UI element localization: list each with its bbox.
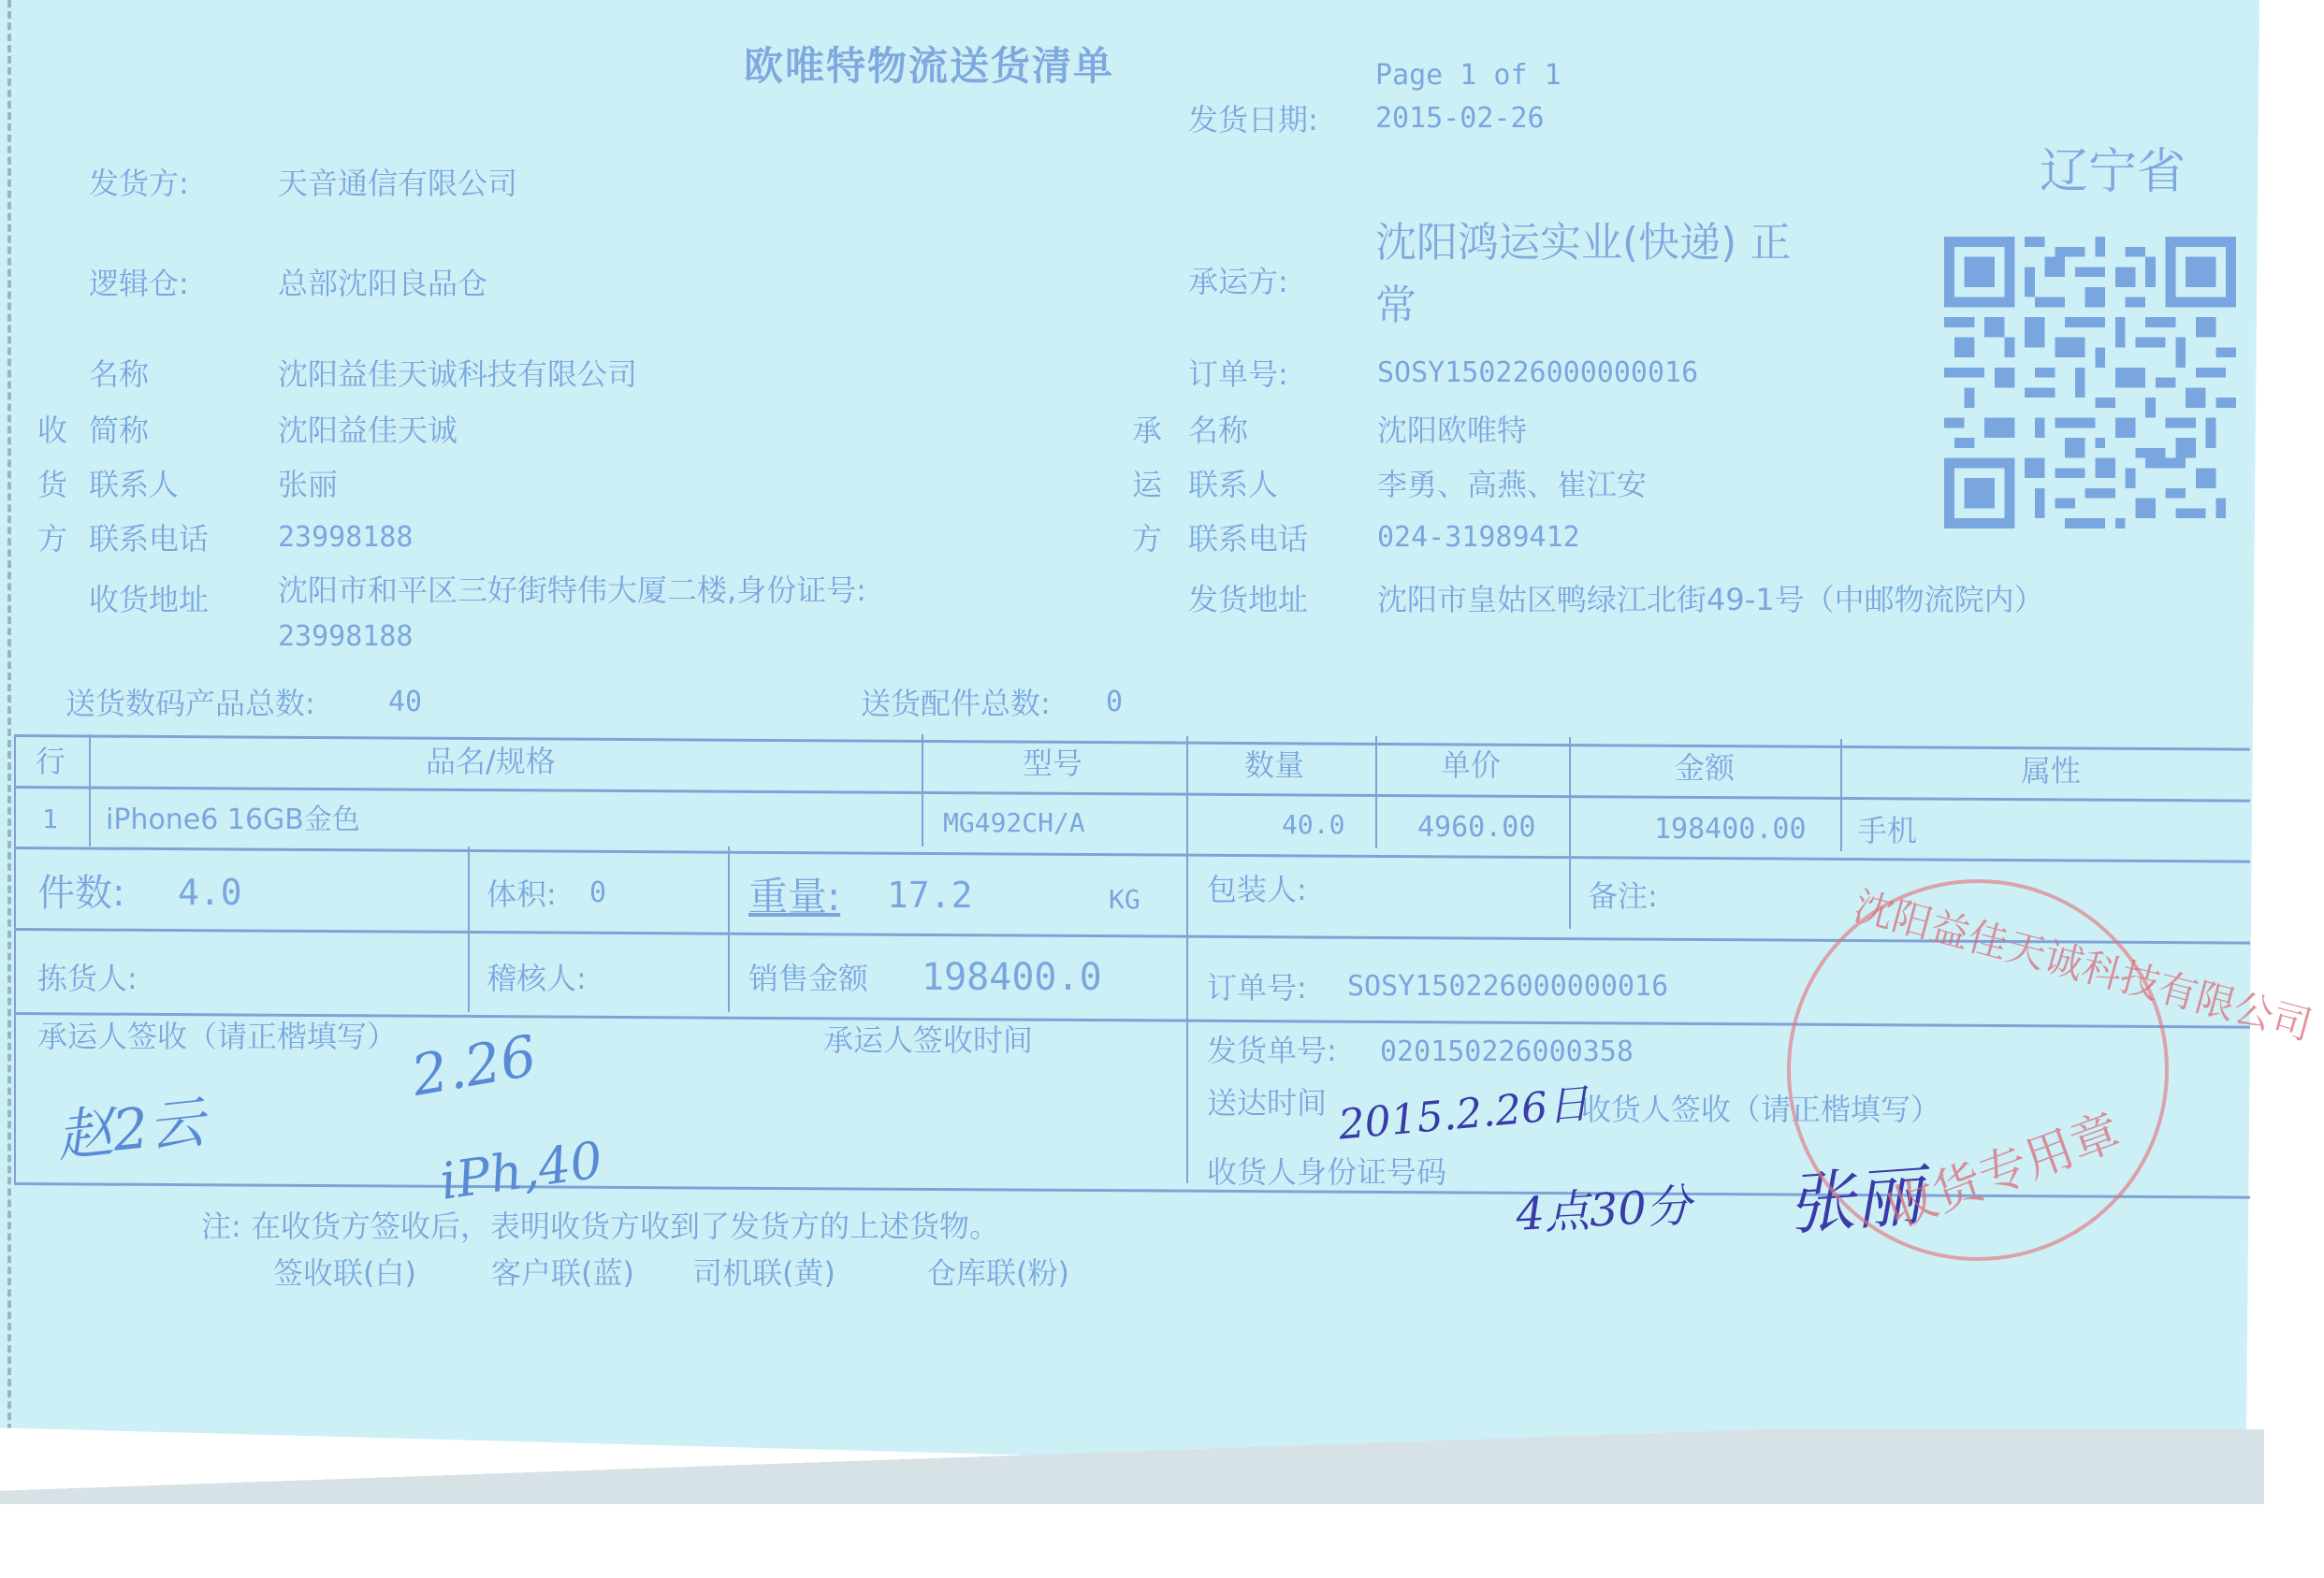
carrier-sign-time-label: 承运人签收时间 — [823, 1025, 1033, 1055]
row-amount: 198400.00 — [1654, 816, 1807, 844]
warehouse-label: 逻辑仓: — [89, 268, 189, 298]
page-indicator: Page 1 of 1 — [1375, 62, 1561, 90]
footer-note: 注: 在收货方签收后，表明收货方收到了发货方的上述货物。 — [201, 1211, 999, 1241]
row-unit-price: 4960.00 — [1417, 814, 1535, 842]
summary-order-no: SOSY150226000000016 — [1347, 973, 1668, 1001]
row-product-name: iPhone6 16GB金色 — [106, 806, 360, 834]
ship-date: 2015-02-26 — [1375, 105, 1545, 133]
table-rule — [1569, 737, 1571, 929]
warehouse-value: 总部沈阳良品仓 — [278, 268, 487, 298]
handwritten-delivery-time: 4点30分 — [1514, 1169, 1692, 1243]
table-rule — [728, 847, 730, 1012]
paper-tear-shadow — [0, 1429, 2264, 1504]
copy-label-signing: 签收联(白) — [273, 1258, 416, 1288]
row-model: MG492CH/A — [943, 810, 1085, 836]
consignee-address-label: 收货地址 — [89, 585, 209, 615]
carrier-value-line2: 常 — [1375, 285, 1416, 326]
checker-label: 稽核人: — [487, 963, 587, 993]
table-rule — [1375, 736, 1377, 848]
summary-order-label: 订单号: — [1207, 973, 1307, 1003]
handwritten-carrier-signature: 赵2云 — [52, 1078, 208, 1173]
delivery-no: 020150226000358 — [1380, 1038, 1634, 1066]
carrier-side-label-2: 运 — [1132, 470, 1162, 499]
province-label: 辽宁省 — [2040, 148, 2186, 196]
consignee-name: 沈阳益佳天诚科技有限公司 — [278, 359, 637, 389]
consignee-short-name: 沈阳益佳天诚 — [278, 415, 458, 445]
consignee-address-line2: 23998188 — [278, 623, 414, 651]
carrier-phone-label: 联系电话 — [1188, 524, 1308, 554]
order-no: SOSY150226000000016 — [1377, 359, 1698, 387]
col-header-line: 行 — [36, 746, 65, 776]
row-qty: 40.0 — [1282, 812, 1344, 838]
consignee-short-label: 简称 — [89, 415, 149, 445]
ship-address-label: 发货地址 — [1188, 585, 1308, 615]
col-header-name: 品名/规格 — [426, 746, 556, 776]
consignee-address-line1: 沈阳市和平区三好街特伟大厦二楼,身份证号: — [278, 575, 866, 605]
weight-label: 重量: — [748, 877, 840, 917]
table-rule — [1840, 739, 1842, 851]
sales-amount-value: 198400.0 — [922, 959, 1102, 996]
col-header-qty: 数量 — [1244, 750, 1304, 780]
consignee-phone-label: 联系电话 — [89, 524, 209, 554]
weight-value: 17.2 — [887, 877, 973, 913]
row-line-no: 1 — [42, 806, 58, 832]
delivery-time-label: 送达时间 — [1207, 1088, 1327, 1118]
table-rule — [922, 734, 923, 847]
weight-unit: KG — [1109, 887, 1140, 913]
table-rule — [468, 847, 470, 1012]
document-title: 欧唯特物流送货清单 — [744, 47, 1114, 86]
consignee-contact-label: 联系人 — [89, 470, 179, 499]
consignee-side-label-2: 货 — [37, 470, 67, 499]
shipper-label: 发货方: — [89, 168, 189, 198]
qr-code — [1944, 232, 2236, 533]
consignee-contact: 张丽 — [278, 470, 338, 499]
consignee-side-label-3: 方 — [37, 524, 67, 554]
col-header-unit-price: 单价 — [1441, 750, 1501, 780]
col-header-attribute: 属性 — [2021, 756, 2081, 786]
consignee-side-label-1: 收 — [37, 415, 67, 445]
table-rule — [1186, 736, 1188, 1183]
copy-label-driver: 司机联(黄) — [692, 1258, 835, 1288]
carrier-contact-label: 联系人 — [1188, 470, 1278, 499]
carrier-value-line1: 沈阳鸿运实业(快递) 正 — [1375, 223, 1791, 264]
carrier-side-label-1: 承 — [1132, 415, 1162, 445]
copy-label-customer: 客户联(蓝) — [491, 1258, 634, 1288]
ship-address: 沈阳市皇姑区鸭绿江北街49-1号（中邮物流院内） — [1377, 585, 2044, 615]
order-no-label: 订单号: — [1188, 359, 1288, 389]
carrier-label: 承运方: — [1188, 267, 1288, 297]
remarks-label: 备注: — [1588, 881, 1658, 911]
consignee-name-label: 名称 — [89, 359, 149, 389]
carrier-name-label: 名称 — [1188, 415, 1248, 445]
row-attribute: 手机 — [1857, 816, 1917, 846]
copy-label-warehouse: 仓库联(粉) — [926, 1258, 1069, 1288]
packer-label: 包装人: — [1207, 875, 1307, 905]
carrier-contacts: 李勇、高燕、崔江安 — [1377, 470, 1647, 499]
carrier-side-label-3: 方 — [1132, 524, 1162, 554]
carrier-name: 沈阳欧唯特 — [1377, 415, 1527, 445]
carrier-phone: 024-31989412 — [1377, 524, 1580, 552]
volume-value: 0 — [589, 879, 606, 907]
pieces-value: 4.0 — [178, 875, 242, 910]
carrier-sign-label: 承运人签收（请正楷填写） — [37, 1021, 397, 1051]
table-rule — [89, 734, 91, 847]
volume-label: 体积: — [487, 879, 557, 909]
delivery-no-label: 发货单号: — [1207, 1035, 1337, 1065]
digital-total-label: 送货数码产品总数: — [65, 688, 315, 718]
consignee-phone: 23998188 — [278, 524, 414, 552]
shipper-value: 天音通信有限公司 — [278, 168, 517, 198]
col-header-amount: 金额 — [1675, 753, 1735, 783]
table-rule — [14, 734, 16, 1183]
sales-amount-label: 销售金额 — [748, 963, 868, 993]
accessory-total-count: 0 — [1106, 688, 1123, 717]
digital-total-count: 40 — [388, 688, 422, 717]
picker-label: 拣货人: — [37, 963, 138, 993]
accessory-total-label: 送货配件总数: — [861, 688, 1051, 718]
ship-date-label: 发货日期: — [1188, 105, 1318, 135]
pieces-label: 件数: — [37, 875, 124, 912]
receiver-id-label: 收货人身份证号码 — [1207, 1157, 1446, 1187]
col-header-model: 型号 — [1023, 748, 1082, 778]
